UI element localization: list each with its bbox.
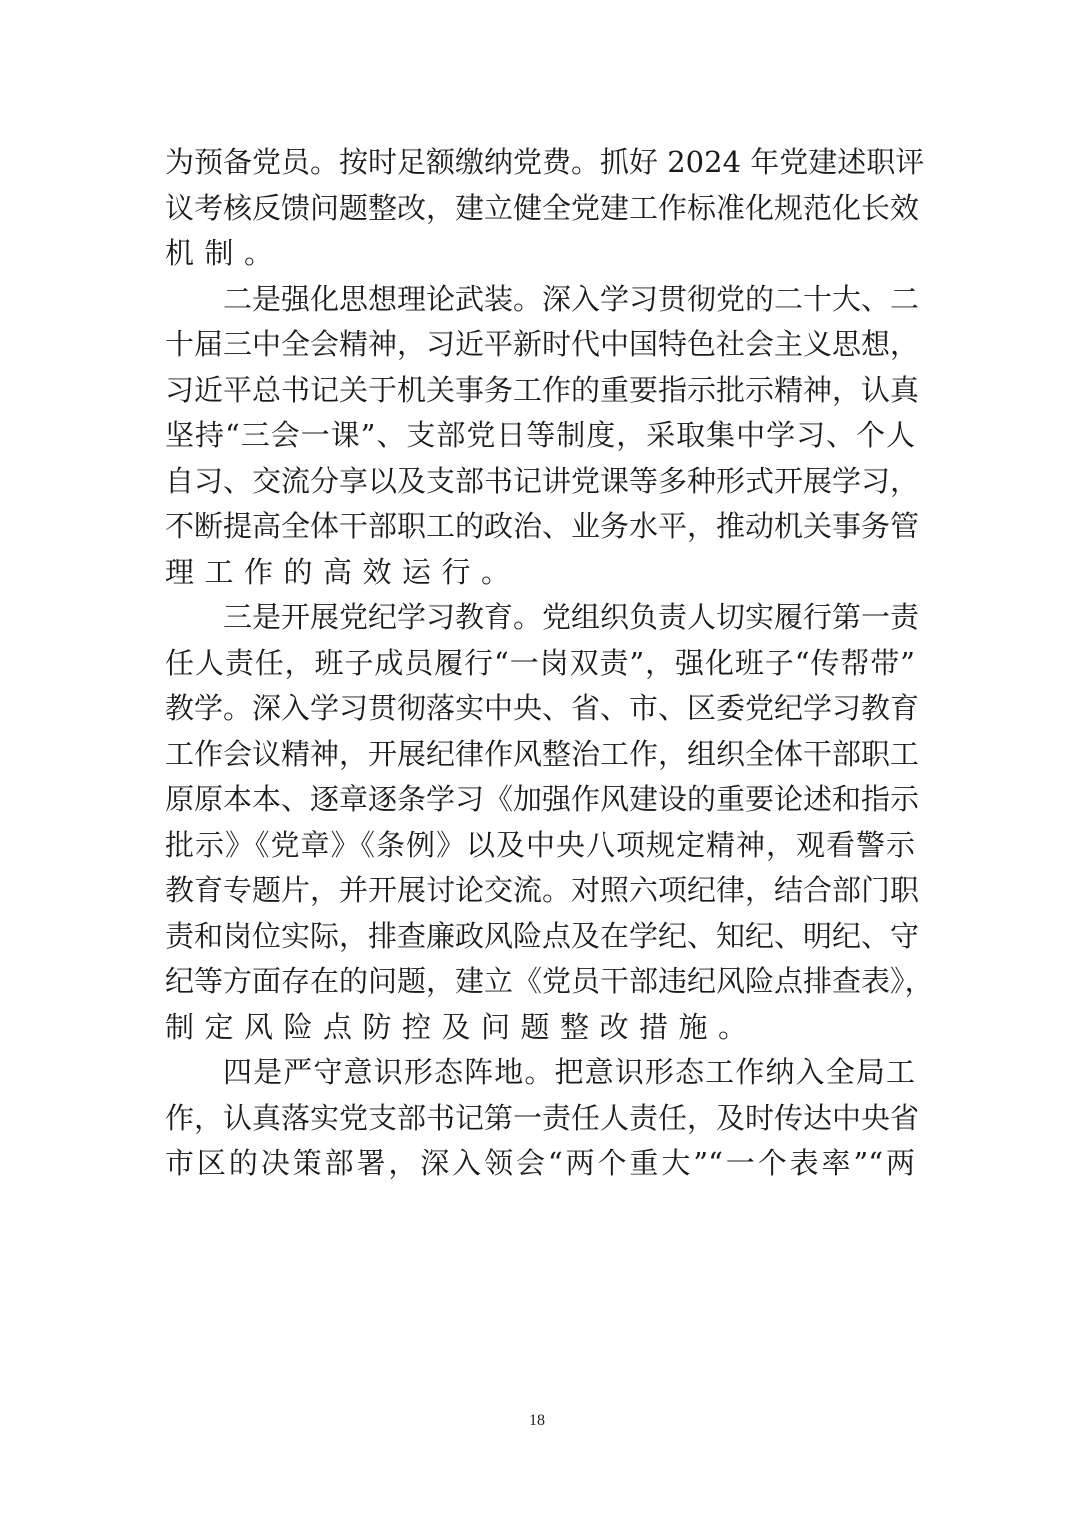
text-line: 为预备党员。按时足额缴纳党费。抓好 2024 年党建述职评 xyxy=(165,140,915,186)
document-body: 为预备党员。按时足额缴纳党费。抓好 2024 年党建述职评 议考核反馈问题整改，… xyxy=(165,140,915,1187)
paragraph-ideological-front: 四是严守意识形态阵地。把意识形态工作纳入全局工 作，认真落实党支部书记第一责任人… xyxy=(165,1050,915,1187)
text-line: 批示》《党章》《条例》以及中央八项规定精神，观看警示 xyxy=(165,823,915,869)
text-line: 机制。 xyxy=(165,231,915,277)
paragraph-theory-study: 二是强化思想理论武装。深入学习贯彻党的二十大、二 十届三中全会精神，习近平新时代… xyxy=(165,277,915,596)
text-line: 二是强化思想理论武装。深入学习贯彻党的二十大、二 xyxy=(165,277,915,323)
paragraph-discipline-education: 三是开展党纪学习教育。党组织负责人切实履行第一责 任人责任，班子成员履行“一岗双… xyxy=(165,595,915,1050)
text-line: 自习、交流分享以及支部书记讲党课等多种形式开展学习， xyxy=(165,459,915,505)
text-line: 十届三中全会精神，习近平新时代中国特色社会主义思想， xyxy=(165,322,915,368)
text-line: 原原本本、逐章逐条学习《加强作风建设的重要论述和指示 xyxy=(165,777,915,823)
text-line: 市区的决策部署，深入领会“两个重大”“一个表率”“两 xyxy=(165,1141,915,1187)
text-line: 任人责任，班子成员履行“一岗双责”，强化班子“传帮带” xyxy=(165,641,915,687)
text-line: 作，认真落实党支部书记第一责任人责任，及时传达中央省 xyxy=(165,1096,915,1142)
text-line: 不断提高全体干部职工的政治、业务水平，推动机关事务管 xyxy=(165,504,915,550)
text-line: 教育专题片，并开展讨论交流。对照六项纪律，结合部门职 xyxy=(165,868,915,914)
text-line: 制定风险点防控及问题整改措施。 xyxy=(165,1005,915,1051)
text-line: 教学。深入学习贯彻落实中央、省、市、区委党纪学习教育 xyxy=(165,686,915,732)
text-line: 三是开展党纪学习教育。党组织负责人切实履行第一责 xyxy=(165,595,915,641)
text-line: 责和岗位实际，排查廉政风险点及在学纪、知纪、明纪、守 xyxy=(165,914,915,960)
text-line: 议考核反馈问题整改，建立健全党建工作标准化规范化长效 xyxy=(165,186,915,232)
text-line: 理工作的高效运行。 xyxy=(165,550,915,596)
text-line: 工作会议精神，开展纪律作风整治工作，组织全体干部职工 xyxy=(165,732,915,778)
paragraph-party-membership-continued: 为预备党员。按时足额缴纳党费。抓好 2024 年党建述职评 议考核反馈问题整改，… xyxy=(165,140,915,277)
page-number: 18 xyxy=(0,1412,1074,1430)
text-line: 坚持“三会一课”、支部党日等制度，采取集中学习、个人 xyxy=(165,413,915,459)
text-line: 纪等方面存在的问题，建立《党员干部违纪风险点排查表》， xyxy=(165,959,915,1005)
text-line: 习近平总书记关于机关事务工作的重要指示批示精神，认真 xyxy=(165,368,915,414)
text-line: 四是严守意识形态阵地。把意识形态工作纳入全局工 xyxy=(165,1050,915,1096)
